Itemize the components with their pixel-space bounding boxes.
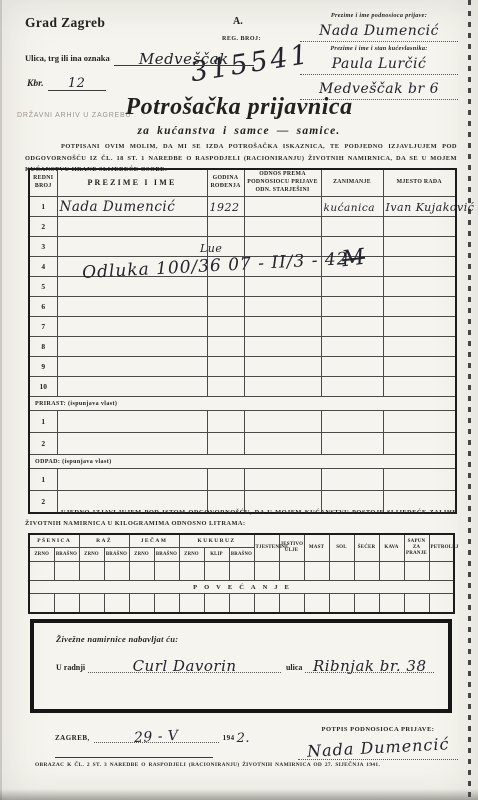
date-row: ZAGREB, 29 - V 194 2. bbox=[55, 724, 250, 743]
street-line: Medveščak bbox=[114, 46, 254, 66]
owner-label: Prezime i ime i stan kućevlasnika: bbox=[300, 45, 458, 52]
person-workplace-cell bbox=[383, 337, 456, 357]
applicant-label: Prezime i ime podnosioca prijave: bbox=[300, 12, 458, 19]
person-name-cell: Nada Dumencić bbox=[57, 197, 207, 217]
empty-cell bbox=[404, 562, 429, 581]
shop-value: Curl Davorin bbox=[133, 657, 237, 675]
odpad-band-label: ODPAD: (ispunjava vlast) bbox=[29, 455, 456, 469]
odpad-row-num: 1 bbox=[29, 469, 57, 491]
prirast-section: PRIRAST: (ispunjava vlast) 1 2 bbox=[29, 397, 456, 455]
date-value: 29 - V bbox=[134, 728, 179, 746]
person-relation-cell bbox=[244, 217, 321, 237]
supplies-table-wrap: PŠENICA RAŽ JEČAM KUKURUZ TJESTENINE JES… bbox=[28, 533, 455, 614]
prirast-row-num: 2 bbox=[29, 433, 57, 455]
empty-cell bbox=[229, 594, 254, 614]
prirast-band-label: PRIRAST: (ispunjava vlast) bbox=[29, 397, 456, 411]
shop-label: U radnji bbox=[56, 663, 85, 673]
empty-cell bbox=[29, 562, 54, 581]
person-num: 5 bbox=[29, 277, 57, 297]
kbr-label: Kbr. bbox=[27, 79, 44, 89]
kbr-row: Kbr.12 bbox=[27, 72, 106, 91]
empty-cell bbox=[379, 562, 404, 581]
empty-cell bbox=[129, 594, 154, 614]
person-workplace-cell bbox=[383, 237, 456, 257]
empty-cell bbox=[244, 433, 321, 455]
empty-cell bbox=[429, 562, 454, 581]
empty-cell bbox=[104, 594, 129, 614]
applicant-line: Nada Dumencić bbox=[300, 19, 458, 42]
applicant-block: Prezime i ime podnosioca prijave: Nada D… bbox=[300, 12, 458, 100]
handwritten-note-initials: M bbox=[341, 245, 367, 273]
person-year-cell: 1922 bbox=[207, 197, 244, 217]
person-relation-cell bbox=[244, 277, 321, 297]
person-relation-cell bbox=[244, 377, 321, 397]
footnote-rule bbox=[55, 757, 213, 758]
empty-cell bbox=[354, 562, 379, 581]
empty-cell bbox=[244, 411, 321, 433]
person-workplace-cell bbox=[383, 217, 456, 237]
year-prefix: 194 bbox=[223, 734, 235, 743]
col-header-secer: ŠEĆER bbox=[354, 534, 379, 562]
owner-value: Paula Lurčić bbox=[332, 56, 427, 72]
col-header-sapun: SAPUN ZA PRANJE bbox=[404, 534, 429, 562]
supplies-empty-row bbox=[29, 594, 454, 614]
person-year-cell bbox=[207, 357, 244, 377]
year-value: 2. bbox=[237, 731, 250, 746]
street-label: Ulica, trg ili ina oznaka bbox=[25, 53, 110, 63]
empty-cell bbox=[383, 469, 456, 491]
persons-table-row: 10 bbox=[29, 377, 456, 397]
handwritten-note-small: Lue bbox=[200, 242, 222, 255]
purchase-line: U radnji Curl Davorin ulica Ribnjak br. … bbox=[56, 653, 434, 673]
city-title: Grad Zagreb bbox=[25, 15, 105, 31]
supplies-empty-row bbox=[29, 562, 454, 581]
persons-table-row: 2 bbox=[29, 217, 456, 237]
empty-cell bbox=[379, 594, 404, 614]
person-occupation-cell bbox=[321, 357, 383, 377]
person-workplace-cell bbox=[383, 317, 456, 337]
empty-cell bbox=[154, 594, 179, 614]
sub-header: ZRNO bbox=[79, 548, 104, 562]
empty-cell bbox=[104, 562, 129, 581]
person-name-cell bbox=[57, 297, 207, 317]
person-workplace-cell bbox=[383, 277, 456, 297]
signature-block: POTPIS PODNOSIOCA PRIJAVE: Nada Dumencić bbox=[298, 726, 458, 760]
persons-table-row: 9 bbox=[29, 357, 456, 377]
prirast-row-num: 1 bbox=[29, 411, 57, 433]
applicant-value: Nada Dumencić bbox=[319, 23, 439, 39]
odpad-section: ODPAD: (ispunjava vlast) 1 2 bbox=[29, 455, 456, 513]
page-title: Potrošačka prijavnica bbox=[0, 94, 478, 121]
purchase-heading: Živežne namirnice nabavljat ću: bbox=[56, 634, 178, 644]
person-occupation-cell bbox=[321, 297, 383, 317]
increase-band-label: POVEĆANJE bbox=[29, 581, 454, 594]
persons-table-row: 6 bbox=[29, 297, 456, 317]
empty-cell bbox=[207, 469, 244, 491]
shop-line: Curl Davorin bbox=[88, 653, 281, 673]
col-header-jestivo-ulje: JESTIVO ULJE bbox=[279, 534, 304, 562]
perforation-strip bbox=[468, 0, 471, 800]
kbr-line: 12 bbox=[48, 72, 106, 91]
person-workplace-cell bbox=[383, 297, 456, 317]
empty-cell bbox=[383, 411, 456, 433]
person-num: 8 bbox=[29, 337, 57, 357]
person-relation-cell bbox=[244, 197, 321, 217]
person-workplace: Ivan Kujaković bbox=[386, 201, 475, 214]
empty-cell bbox=[204, 562, 229, 581]
person-year-cell bbox=[207, 277, 244, 297]
empty-cell bbox=[244, 469, 321, 491]
purchase-street-line: Ribnjak br. 38 bbox=[305, 653, 434, 673]
section-letter: A. bbox=[233, 16, 243, 27]
empty-cell bbox=[54, 594, 79, 614]
person-num: 3 bbox=[29, 237, 57, 257]
col-header-tjestenine: TJESTENINE bbox=[254, 534, 279, 562]
page-subtitle: za kućanstva i samce — samice. bbox=[0, 125, 478, 137]
person-workplace-cell bbox=[383, 377, 456, 397]
persons-table-row: 8 bbox=[29, 337, 456, 357]
person-occupation-cell bbox=[321, 337, 383, 357]
persons-rows: 1 Nada Dumencić 1922 kućanica Ivan Kujak… bbox=[29, 197, 456, 397]
person-occupation-cell bbox=[321, 317, 383, 337]
col-header-workplace: MJESTO RADA bbox=[383, 169, 456, 197]
person-relation-cell bbox=[244, 357, 321, 377]
person-name: Nada Dumencić bbox=[60, 199, 176, 215]
kbr-value: 12 bbox=[68, 76, 86, 91]
empty-cell bbox=[57, 411, 207, 433]
sub-header: ZRNO bbox=[179, 548, 204, 562]
col-header-petrolej: PETROLEJ bbox=[429, 534, 454, 562]
persons-table-row: 7 bbox=[29, 317, 456, 337]
person-year-cell bbox=[207, 377, 244, 397]
person-occupation-cell: kućanica bbox=[321, 197, 383, 217]
signature-line: Nada Dumencić bbox=[298, 733, 458, 760]
person-num: 10 bbox=[29, 377, 57, 397]
date-line: 29 - V bbox=[94, 724, 219, 743]
person-year-cell bbox=[207, 217, 244, 237]
empty-cell bbox=[229, 562, 254, 581]
person-year: 1922 bbox=[210, 201, 240, 214]
sub-header: BRAŠNO bbox=[154, 548, 179, 562]
empty-cell bbox=[304, 562, 329, 581]
person-workplace-cell bbox=[383, 257, 456, 277]
person-name-cell bbox=[57, 357, 207, 377]
person-workplace-cell: Ivan Kujaković bbox=[383, 197, 456, 217]
persons-table-row: 3 bbox=[29, 237, 456, 257]
purchase-box: Živežne namirnice nabavljat ću: U radnji… bbox=[30, 619, 452, 713]
reg-broj-label: REG. BROJ: bbox=[222, 36, 261, 42]
group-header-kukuruz: KUKURUZ bbox=[179, 534, 254, 548]
odpad-row: 1 bbox=[29, 469, 456, 491]
person-relation-cell bbox=[244, 317, 321, 337]
col-header-num: REDNI BROJ bbox=[29, 169, 57, 197]
person-relation-cell bbox=[244, 337, 321, 357]
person-occupation-cell bbox=[321, 277, 383, 297]
supplies-table: PŠENICA RAŽ JEČAM KUKURUZ TJESTENINE JES… bbox=[28, 533, 455, 614]
empty-cell bbox=[404, 594, 429, 614]
sub-header: BRAŠNO bbox=[54, 548, 79, 562]
supplies-table-header: PŠENICA RAŽ JEČAM KUKURUZ TJESTENINE JES… bbox=[29, 534, 454, 562]
col-header-occupation: ZANIMANJE bbox=[321, 169, 383, 197]
person-year-cell bbox=[207, 317, 244, 337]
person-name-cell bbox=[57, 217, 207, 237]
sub-header: BRAŠNO bbox=[104, 548, 129, 562]
col-header-sol: SOL bbox=[329, 534, 354, 562]
person-num: 9 bbox=[29, 357, 57, 377]
persons-table-row: 1 Nada Dumencić 1922 kućanica Ivan Kujak… bbox=[29, 197, 456, 217]
sub-header: ZRNO bbox=[129, 548, 154, 562]
col-header-kava: KAVA bbox=[379, 534, 404, 562]
empty-cell bbox=[57, 469, 207, 491]
empty-cell bbox=[429, 594, 454, 614]
empty-cell bbox=[79, 562, 104, 581]
empty-cell bbox=[207, 433, 244, 455]
empty-cell bbox=[179, 594, 204, 614]
prirast-row: 1 bbox=[29, 411, 456, 433]
purchase-street-value: Ribnjak br. 38 bbox=[313, 657, 427, 675]
empty-cell bbox=[79, 594, 104, 614]
group-header-psenica: PŠENICA bbox=[29, 534, 79, 548]
empty-cell bbox=[321, 411, 383, 433]
scanned-form-page: Grad Zagreb A. REG. BROJ: 315541 Ulica, … bbox=[0, 0, 478, 800]
empty-cell bbox=[321, 433, 383, 455]
empty-cell bbox=[383, 433, 456, 455]
person-relation-cell bbox=[244, 297, 321, 317]
person-name-cell bbox=[57, 237, 207, 257]
empty-cell bbox=[329, 594, 354, 614]
supplies-intro-paragraph: UJEDNO IZJAVLJUJEM POD ISTOM ODGOVORNOŠĆ… bbox=[25, 507, 457, 529]
person-occupation-cell bbox=[321, 377, 383, 397]
col-header-year: GODINA ROĐENJA bbox=[207, 169, 244, 197]
sub-header: ZRNO bbox=[29, 548, 54, 562]
persons-table-header: REDNI BROJ PREZIME I IME GODINA ROĐENJA … bbox=[29, 169, 456, 197]
person-year-cell bbox=[207, 337, 244, 357]
empty-cell bbox=[154, 562, 179, 581]
person-workplace-cell bbox=[383, 357, 456, 377]
persons-table: REDNI BROJ PREZIME I IME GODINA ROĐENJA … bbox=[28, 168, 457, 514]
empty-cell bbox=[204, 594, 229, 614]
person-num: 6 bbox=[29, 297, 57, 317]
group-header-raz: RAŽ bbox=[79, 534, 129, 548]
person-name-cell bbox=[57, 377, 207, 397]
empty-cell bbox=[321, 469, 383, 491]
col-header-name: PREZIME I IME bbox=[57, 169, 207, 197]
col-header-mast: MAST bbox=[304, 534, 329, 562]
person-year-cell bbox=[207, 297, 244, 317]
person-num: 2 bbox=[29, 217, 57, 237]
sub-header: KLIP bbox=[204, 548, 229, 562]
empty-cell bbox=[354, 594, 379, 614]
empty-cell bbox=[279, 594, 304, 614]
empty-cell bbox=[129, 562, 154, 581]
person-occupation-cell bbox=[321, 217, 383, 237]
empty-cell bbox=[304, 594, 329, 614]
person-num: 1 bbox=[29, 197, 57, 217]
street-value: Medveščak bbox=[139, 50, 229, 68]
place-label: ZAGREB, bbox=[55, 734, 90, 743]
person-num: 4 bbox=[29, 257, 57, 277]
sub-header: BRAŠNO bbox=[229, 548, 254, 562]
prirast-row: 2 bbox=[29, 433, 456, 455]
owner-line: Paula Lurčić bbox=[300, 52, 458, 75]
empty-cell bbox=[279, 562, 304, 581]
footnote-text: OBRAZAC K ČL. 2 ST. 3 NAREDBE O RASPODJE… bbox=[35, 762, 455, 768]
empty-cell bbox=[254, 594, 279, 614]
scan-bottom-shadow bbox=[0, 789, 478, 800]
scan-left-edge bbox=[0, 0, 2, 800]
empty-cell bbox=[254, 562, 279, 581]
purchase-street-label: ulica bbox=[286, 663, 302, 673]
persons-table-wrap: REDNI BROJ PREZIME I IME GODINA ROĐENJA … bbox=[28, 168, 457, 514]
person-num: 7 bbox=[29, 317, 57, 337]
group-header-jecam: JEČAM bbox=[129, 534, 179, 548]
empty-cell bbox=[329, 562, 354, 581]
empty-cell bbox=[54, 562, 79, 581]
person-name-cell bbox=[57, 337, 207, 357]
person-name-cell bbox=[57, 317, 207, 337]
street-row: Ulica, trg ili ina oznakaMedveščak bbox=[25, 46, 254, 66]
empty-cell bbox=[29, 594, 54, 614]
col-header-relation: ODNOS PREMA PODNOSIOCU PRIJAVE ODN. STAR… bbox=[244, 169, 321, 197]
empty-cell bbox=[207, 411, 244, 433]
empty-cell bbox=[179, 562, 204, 581]
empty-cell bbox=[57, 433, 207, 455]
person-occupation: kućanica bbox=[324, 202, 376, 214]
